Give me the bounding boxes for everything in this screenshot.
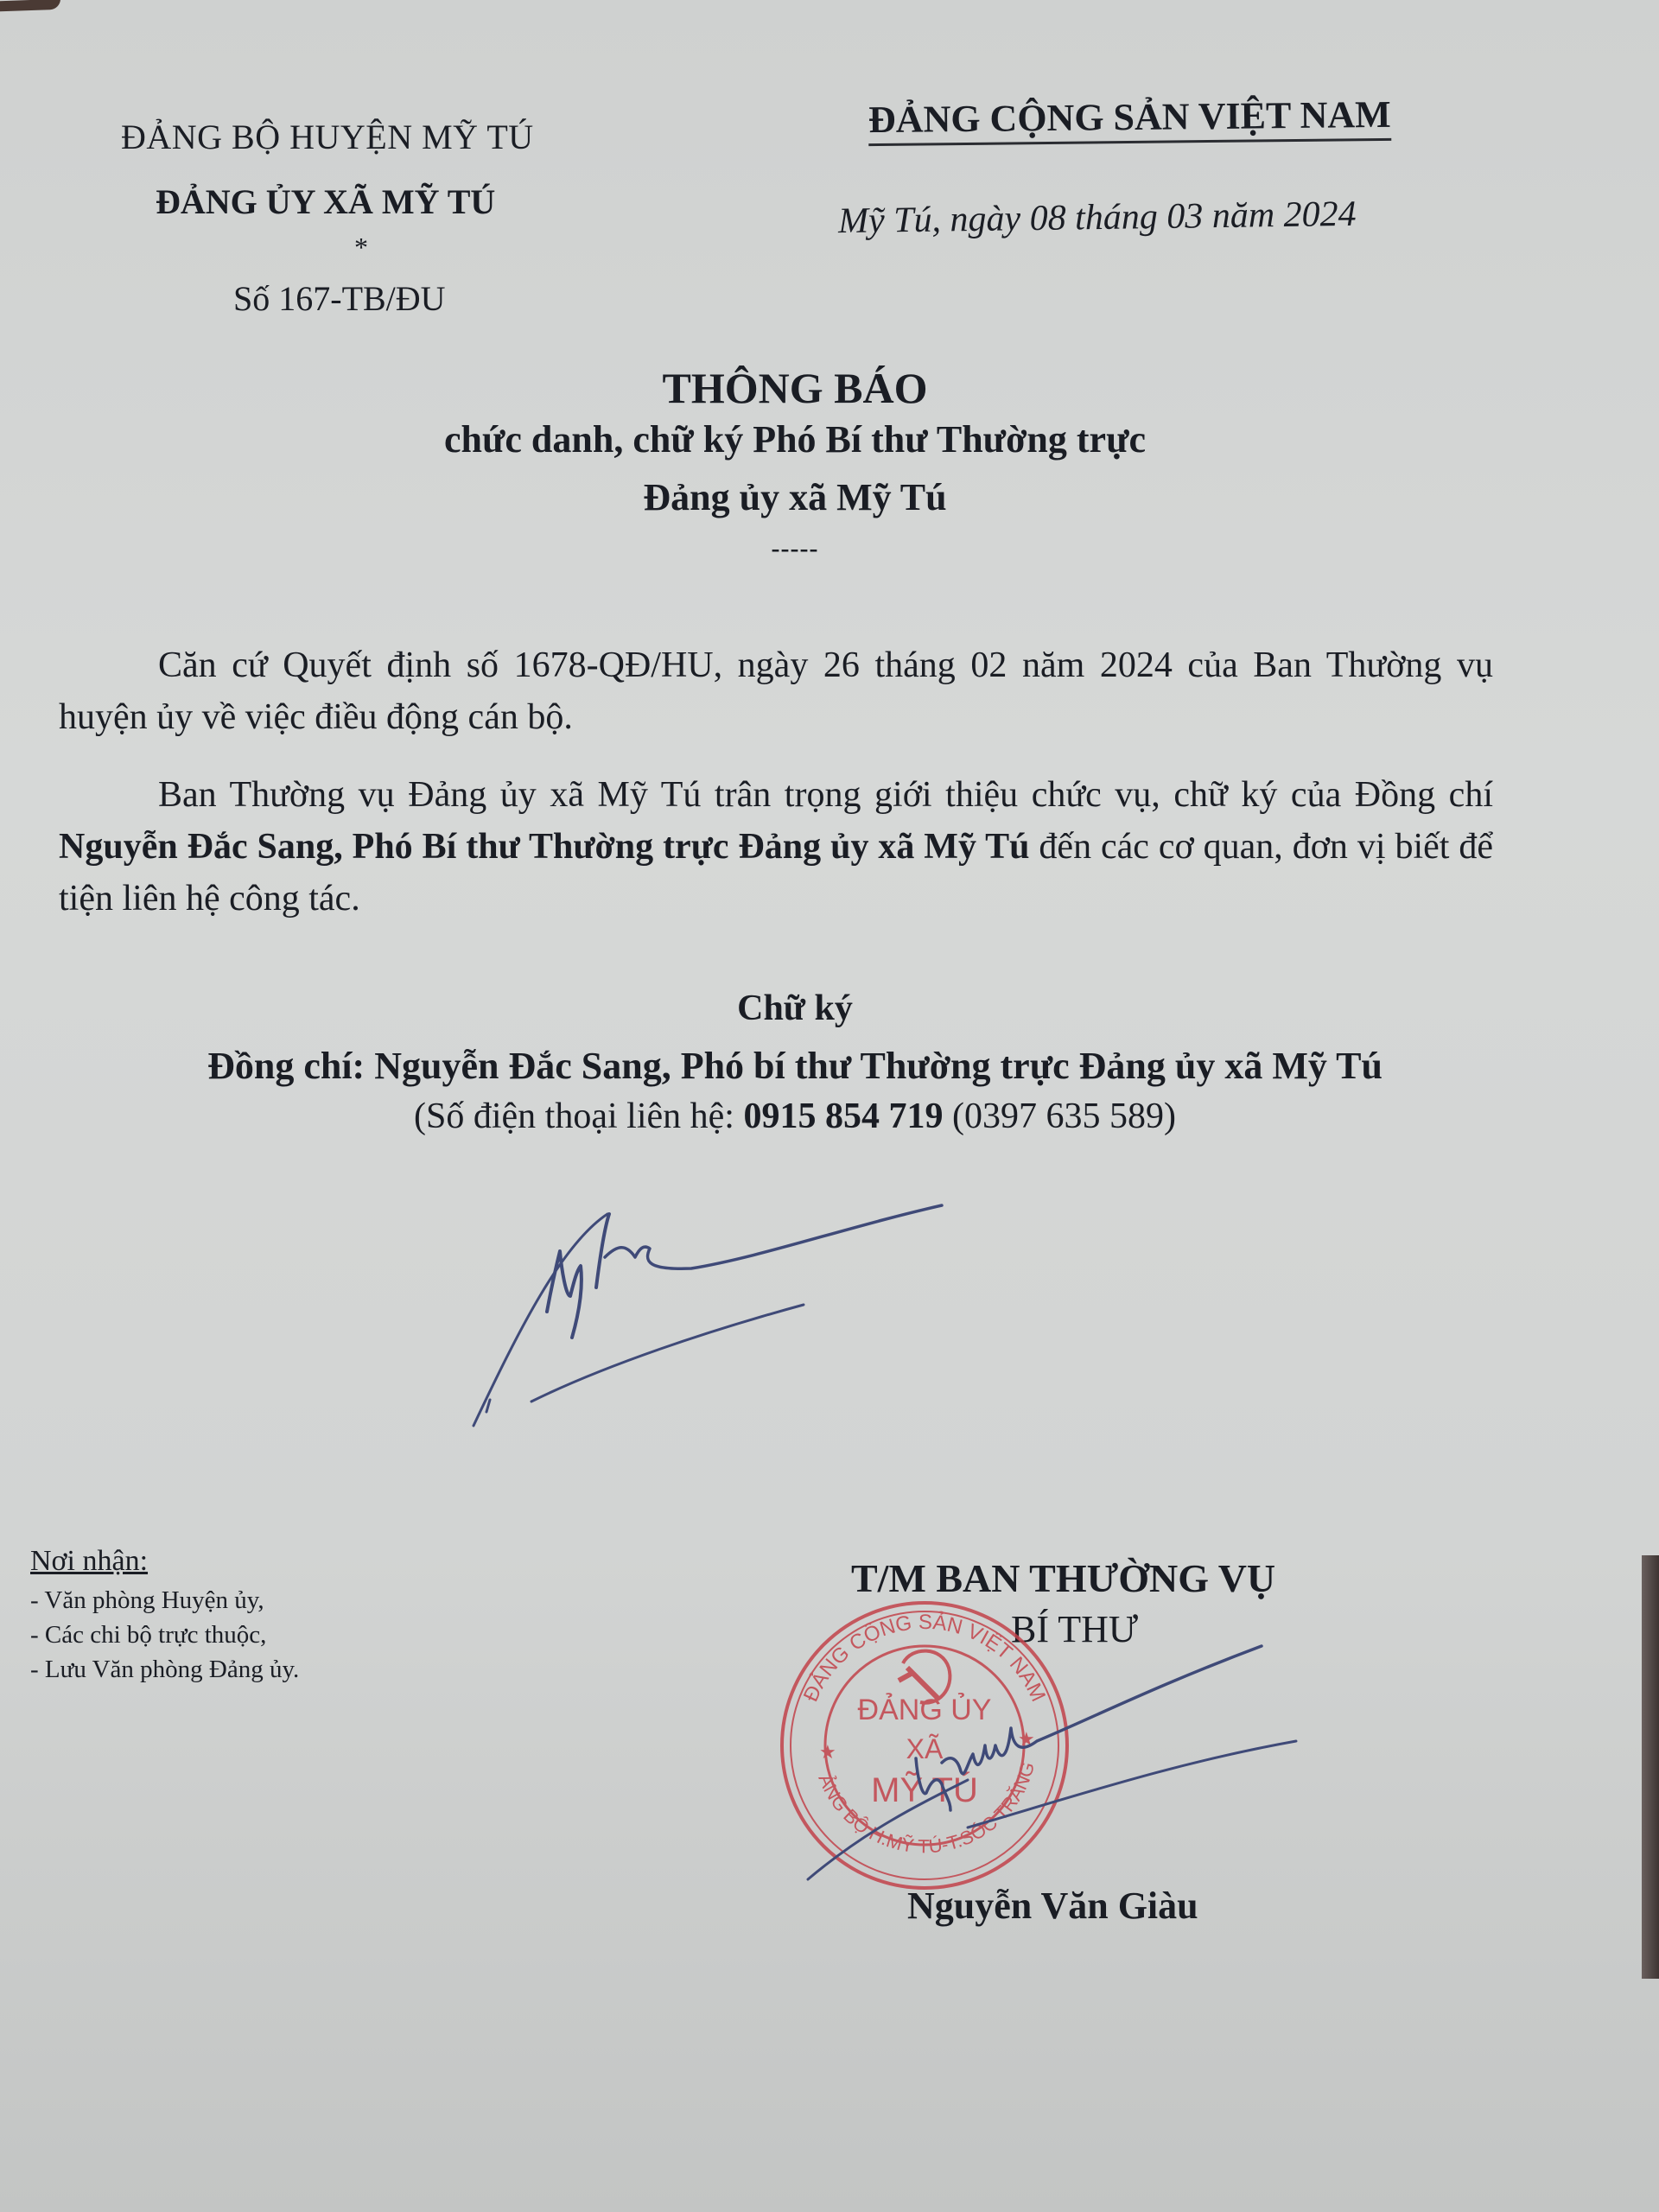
svg-text:ĐẢNG BỘ H.MỸ TÚ-T.SÓC TRĂNG: ĐẢNG BỘ H.MỸ TÚ-T.SÓC TRĂNG [0, 0, 1039, 1857]
document-page: ĐẢNG BỘ HUYỆN MỸ TÚ ĐẢNG ỦY XÃ MỸ TÚ * S… [0, 0, 1659, 2212]
svg-text:ĐẢNG ỦY: ĐẢNG ỦY [858, 1694, 992, 1726]
svg-text:XÃ: XÃ [906, 1733, 944, 1764]
svg-text:★: ★ [819, 1741, 836, 1763]
official-stamp-icon: ĐẢNG CỘNG SẢN VIỆT NAM ĐẢNG BỘ H.MỸ TÚ-T… [0, 0, 1067, 1888]
svg-text:ĐẢNG CỘNG SẢN VIỆT NAM: ĐẢNG CỘNG SẢN VIỆT NAM [799, 1609, 1050, 1705]
signer-name: Nguyễn Văn Giàu [907, 1884, 1198, 1928]
signatures-and-stamp: ĐẢNG CỘNG SẢN VIỆT NAM ĐẢNG BỘ H.MỸ TÚ-T… [0, 0, 1659, 2212]
specimen-signature-icon [474, 1205, 942, 1426]
